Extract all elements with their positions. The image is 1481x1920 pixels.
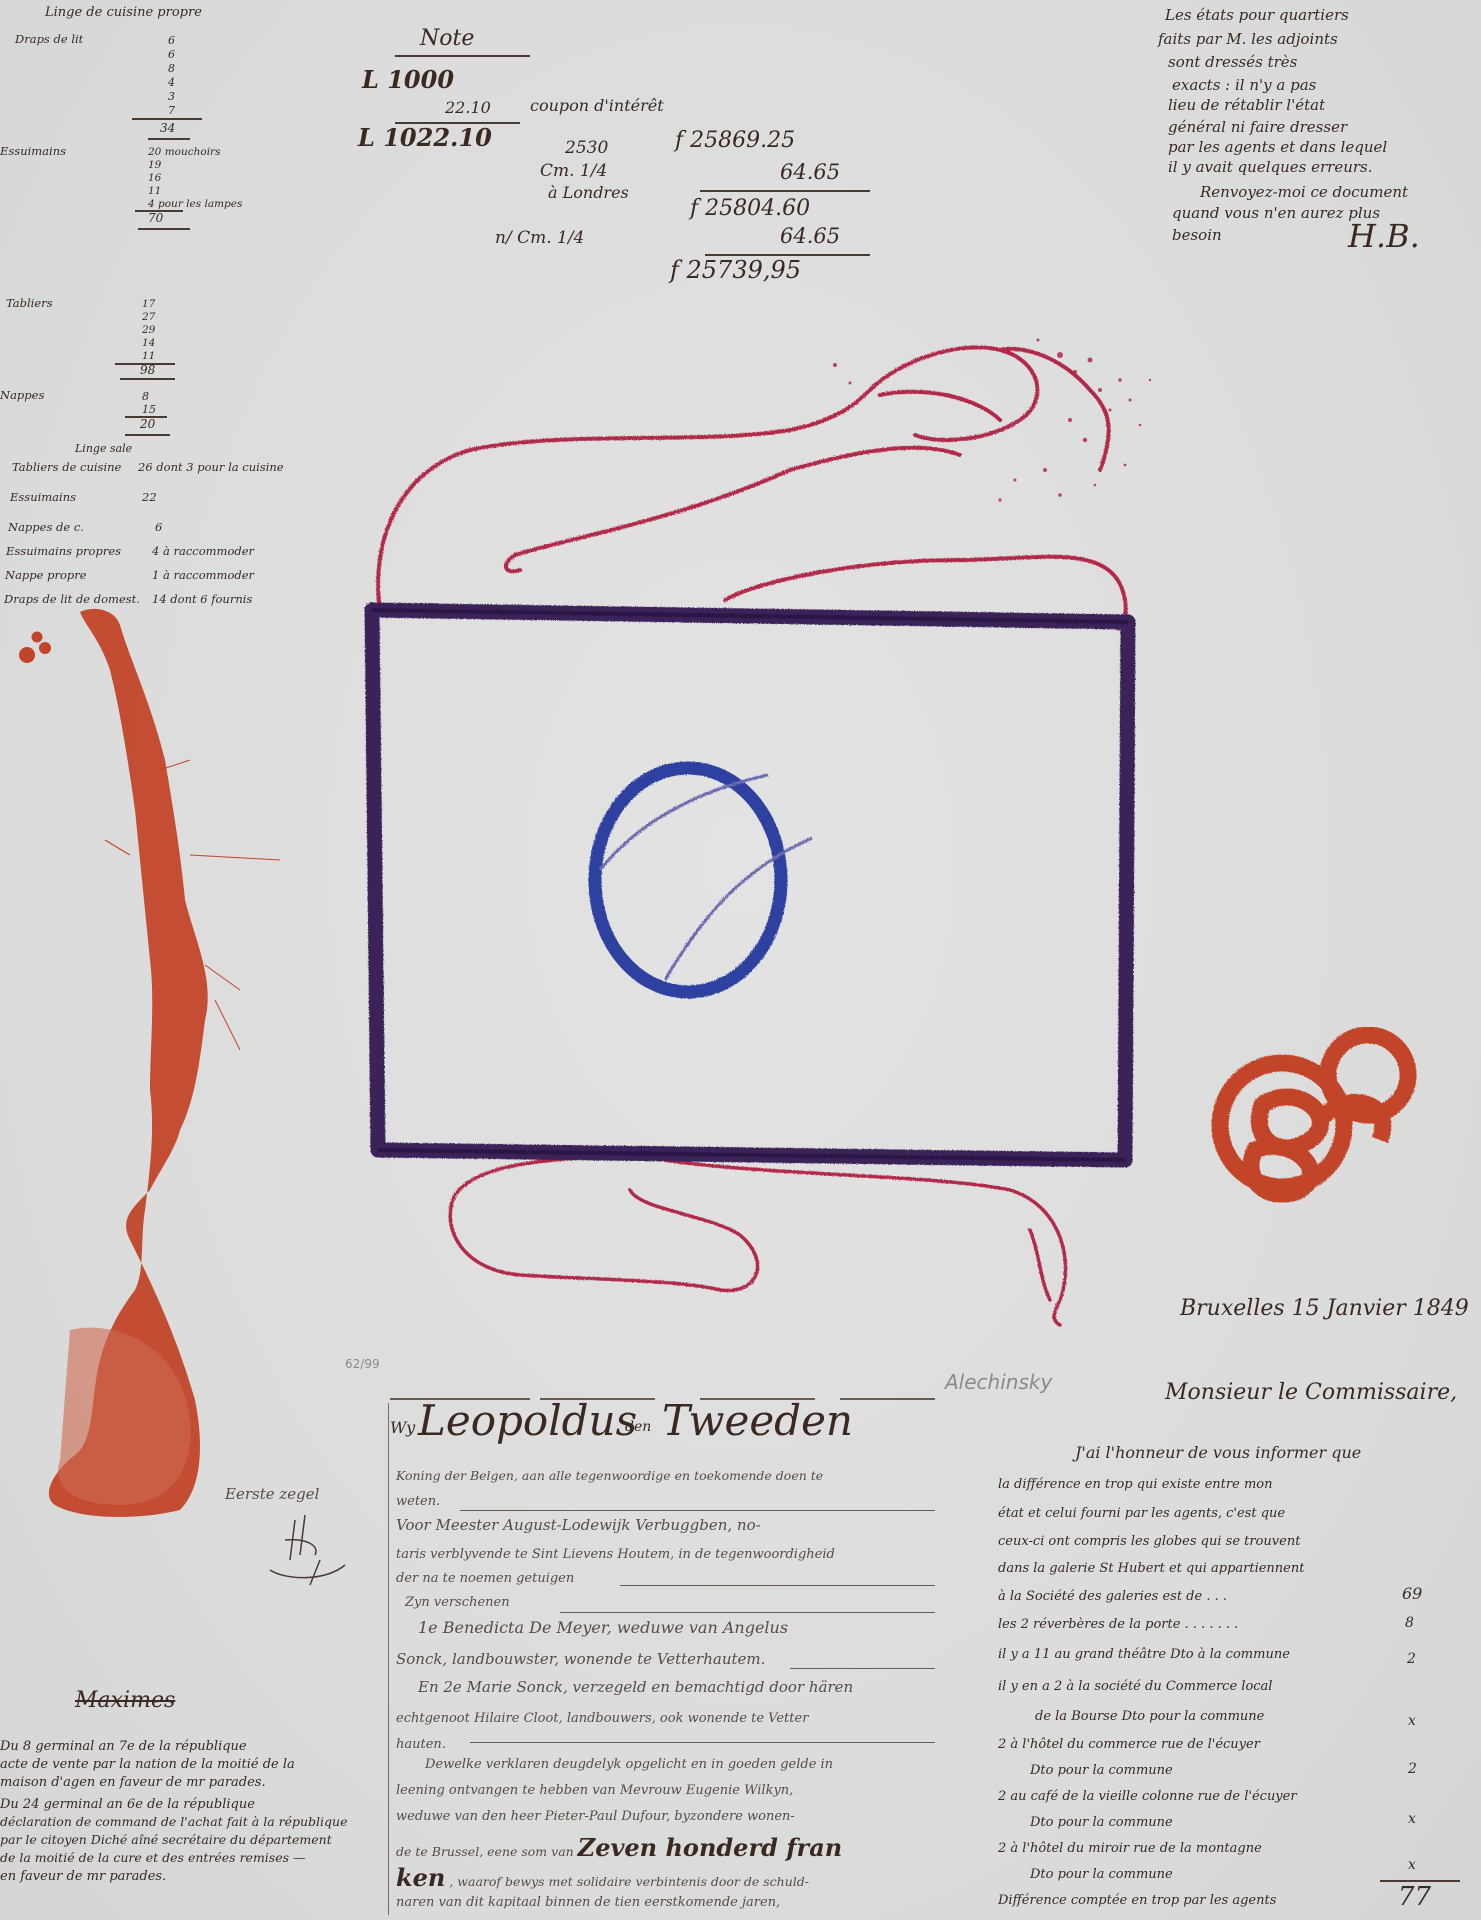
right-column-value: 2: [1407, 1652, 1416, 1666]
date-line: Bruxelles 15 Janvier 1849: [1180, 1298, 1469, 1320]
document-line-start: de te Brussel, eene som van: [396, 1844, 578, 1859]
note-line1: L 1000: [362, 68, 454, 92]
value: 4: [168, 76, 188, 90]
document-line: Sonck, landbouwster, wonende te Vetterha…: [396, 1652, 765, 1667]
letter-line: 2 à l'hôtel du miroir rue de la montagne: [998, 1842, 1262, 1855]
note-line: de la moitié de la cure et des entrées r…: [0, 1852, 306, 1865]
note-title: Note: [420, 28, 474, 50]
document-line: 1e Benedicta De Meyer, weduwe van Angelu…: [418, 1620, 788, 1636]
vermilion-knot: [1220, 1035, 1408, 1194]
note-line: maison d'agen en faveur de mr parades.: [0, 1776, 266, 1789]
right-column-total: 77: [1398, 1884, 1431, 1910]
note-title: Maximes: [75, 1690, 175, 1712]
value: 27: [142, 311, 155, 324]
sale-row-value: 4 à raccommoder: [152, 546, 254, 558]
title-underline: [395, 55, 530, 57]
value: 11: [142, 350, 155, 363]
document-line: Koning der Belgen, aan alle tegenwoordig…: [396, 1470, 823, 1483]
inventory-subheading: Linge sale: [75, 443, 132, 454]
inventory-heading: Linge de cuisine propre: [45, 6, 202, 19]
note-line2-label: coupon d'intérêt: [530, 98, 664, 114]
sale-row-label: Draps de lit de domest.: [4, 594, 140, 606]
document-top-rule: [840, 1398, 935, 1400]
document-line: leening ontvangen te hebben van Mevrouw …: [396, 1784, 793, 1797]
crimson-splatter: [833, 339, 1151, 502]
document-line: de te Brussel, eene som van Zeven honder…: [396, 1836, 842, 1860]
left-signature-mark: [265, 1510, 365, 1590]
value: 6: [168, 34, 188, 48]
sale-row-value: 22: [142, 492, 157, 504]
document-line: echtgenoot Hilaire Cloot, landbouwers, o…: [396, 1712, 808, 1725]
note-line2: 22.10: [445, 100, 491, 116]
letter-signature: H.B.: [1348, 220, 1420, 252]
letter-line: Les états pour quartiers: [1165, 8, 1349, 23]
right-column-value: 69: [1402, 1586, 1422, 1602]
letter-line: J'ai l'honneur de vous informer que: [1075, 1445, 1361, 1461]
letter-line: besoin: [1172, 228, 1222, 243]
sale-row-label: Essuimains propres: [6, 546, 121, 558]
letter-line: dans la galerie St Hubert et qui apparti…: [998, 1562, 1304, 1575]
letter-line: la différence en trop qui existe entre m…: [998, 1478, 1272, 1491]
value: 20 mouchoirs: [148, 146, 242, 159]
document-line: weten.: [396, 1495, 440, 1508]
letter-line: 2 au café de la vieille colonne rue de l…: [998, 1790, 1297, 1803]
letter-line: Dto pour la commune: [1030, 1764, 1173, 1777]
crimson-serpent-line-top: [378, 347, 1126, 628]
edition-number: 62/99: [345, 1358, 380, 1370]
letter-line: il y a 11 au grand théâtre Dto à la comm…: [998, 1648, 1290, 1661]
value: 19: [148, 159, 242, 172]
calc-left-1: 2530: [565, 140, 608, 157]
fill-line: [460, 1510, 935, 1511]
inventory-values: 6 6 8 4 3 7: [168, 34, 188, 118]
letter-line: état et celui fourni par les agents, c'e…: [998, 1507, 1285, 1520]
amount-3: f 25804.60: [690, 198, 810, 220]
sum-rule: [125, 434, 170, 436]
sale-row-label: Essuimains: [10, 492, 76, 504]
inventory-group-label: Essuimains: [0, 146, 66, 158]
letter-line: exacts : il n'y a pas: [1172, 78, 1316, 93]
letter-line: Différence comptée en trop par les agent…: [998, 1894, 1276, 1907]
document-line: Dewelke verklaren deugdelyk opgelicht en…: [425, 1758, 833, 1771]
letter-line: Renvoyez-moi ce document: [1200, 185, 1408, 200]
sum-rule: [148, 138, 190, 140]
left-signature-label: Eerste zegel: [225, 1487, 319, 1502]
calc-left-2: Cm. 1/4: [540, 163, 607, 180]
sale-row-label: Nappe propre: [5, 570, 87, 582]
value: 8: [168, 62, 188, 76]
fill-line: [470, 1742, 935, 1743]
inventory-group-label: Nappes: [0, 390, 44, 402]
inventory-total: 34: [160, 122, 175, 134]
document-title-den: den: [625, 1420, 651, 1434]
value: 6: [168, 48, 188, 62]
letter-line: sont dressés très: [1168, 55, 1297, 70]
sale-row-value: 1 à raccommoder: [152, 570, 254, 582]
sale-row-label: Tabliers de cuisine: [12, 462, 121, 474]
value: 15: [142, 403, 156, 416]
document-title: Leopoldus: [418, 1400, 637, 1442]
document-line: naren van dit kapitaal binnen de tien ee…: [396, 1896, 780, 1909]
letter-line: il y avait quelques erreurs.: [1168, 160, 1373, 175]
right-column-value: 8: [1405, 1616, 1414, 1630]
letter-line: il y en a 2 à la société du Commerce loc…: [998, 1680, 1272, 1693]
note-line: par le citoyen Diché aîné secrétaire du …: [0, 1834, 332, 1847]
sum-rule: [120, 378, 175, 380]
blue-circle: [595, 768, 812, 992]
amount-1: f 25869.25: [675, 130, 795, 152]
inventory-values: 17 27 29 14 11: [142, 298, 155, 363]
document-line: der na te noemen getuigen: [396, 1572, 574, 1585]
letter-line: Dto pour la commune: [1030, 1868, 1173, 1881]
right-column-value: x: [1408, 1858, 1416, 1872]
fill-line: [620, 1585, 935, 1586]
fill-line: [790, 1668, 935, 1669]
calc-left-bottom: n/ Cm. 1/4: [495, 230, 584, 247]
document-line-rest: , waarof bewys met solidaire verbintenis…: [449, 1874, 809, 1889]
sale-row-value: 26 dont 3 pour la cuisine: [138, 462, 284, 474]
pencil-signature: Alechinsky: [945, 1372, 1052, 1392]
calc-left-3: à Londres: [548, 185, 629, 201]
sale-row-value: 14 dont 6 fournis: [152, 594, 252, 606]
inventory-total: 20: [140, 418, 155, 430]
fill-line: [560, 1612, 935, 1613]
letter-line: Dto pour la commune: [1030, 1816, 1173, 1829]
letter-line: 2 à l'hôtel du commerce rue de l'écuyer: [998, 1738, 1260, 1751]
letter-line: ceux-ci ont compris les globes qui se tr…: [998, 1535, 1300, 1548]
document-title-end: Tweeden: [662, 1400, 853, 1442]
sum-rule: [700, 190, 870, 192]
inventory-total: 98: [140, 364, 155, 376]
document-line: Zyn verschenen: [405, 1596, 510, 1609]
letter-line: de la Bourse Dto pour la commune: [1035, 1710, 1264, 1723]
purple-frame: [372, 610, 1128, 1160]
letter-salutation: Monsieur le Commissaire,: [1165, 1382, 1457, 1404]
letter-line: lieu de rétablir l'état: [1168, 98, 1325, 113]
value: 16: [148, 172, 242, 185]
document-prefix: Wy: [390, 1420, 415, 1436]
note-line: en faveur de mr parades.: [0, 1870, 166, 1883]
letter-line: général ni faire dresser: [1168, 120, 1347, 135]
right-column-value: 2: [1408, 1762, 1417, 1776]
vermilion-splash: [19, 609, 280, 1517]
letter-line: à la Société des galeries est de . . .: [998, 1590, 1227, 1603]
letter-line: les 2 réverbères de la porte . . . . . .…: [998, 1618, 1238, 1631]
note-line: Du 8 germinal an 7e de la république: [0, 1740, 247, 1753]
value: 29: [142, 324, 155, 337]
inventory-values: 8 15: [142, 390, 156, 416]
sum-rule: [138, 228, 190, 230]
document-line: taris verblyvende te Sint Lievens Houtem…: [396, 1548, 835, 1561]
value: 17: [142, 298, 155, 311]
bold-amount: Zeven honderd fran: [578, 1833, 843, 1862]
note-line: Du 24 germinal an 6e de la république: [0, 1798, 255, 1811]
document-line: ken , waarof bewys met solidaire verbint…: [396, 1866, 809, 1890]
note-line: acte de vente par la nation de la moitié…: [0, 1758, 295, 1771]
document-line: En 2e Marie Sonck, verzegeld en bemachti…: [418, 1680, 853, 1695]
sum-rule: [132, 118, 202, 120]
letter-line: par les agents et dans lequel: [1168, 140, 1387, 155]
value: 8: [142, 390, 156, 403]
note-line: déclaration de command de l'achat fait à…: [0, 1816, 348, 1829]
letter-line: faits par M. les adjoints: [1158, 32, 1338, 47]
sale-row-value: 6: [155, 522, 162, 534]
amount-total: f 25739,95: [670, 258, 801, 282]
value: 7: [168, 104, 188, 118]
crimson-serpent-line-bottom: [450, 1155, 1065, 1325]
right-column-value: x: [1408, 1812, 1416, 1826]
note-line3: L 1022.10: [358, 126, 492, 150]
sale-row-label: Nappes de c.: [8, 522, 84, 534]
inventory-total: 70: [148, 212, 163, 224]
right-column-value: x: [1408, 1714, 1416, 1728]
inventory-group-label: Tabliers: [6, 298, 53, 310]
amount-4: 64.65: [780, 226, 840, 247]
inventory-group-label: Draps de lit: [15, 34, 83, 46]
document-line: Voor Meester August-Lodewijk Verbuggben,…: [396, 1518, 761, 1533]
value: 3: [168, 90, 188, 104]
amount-2: 64.65: [780, 162, 840, 183]
document-line: weduwe van den heer Pieter-Paul Dufour, …: [396, 1810, 795, 1823]
document-line: hauten.: [396, 1738, 446, 1751]
bold-amount-end: ken: [396, 1863, 445, 1892]
inventory-values: 20 mouchoirs 19 16 11 4 pour les lampes: [148, 146, 242, 211]
value: 14: [142, 337, 155, 350]
value: 11: [148, 185, 242, 198]
